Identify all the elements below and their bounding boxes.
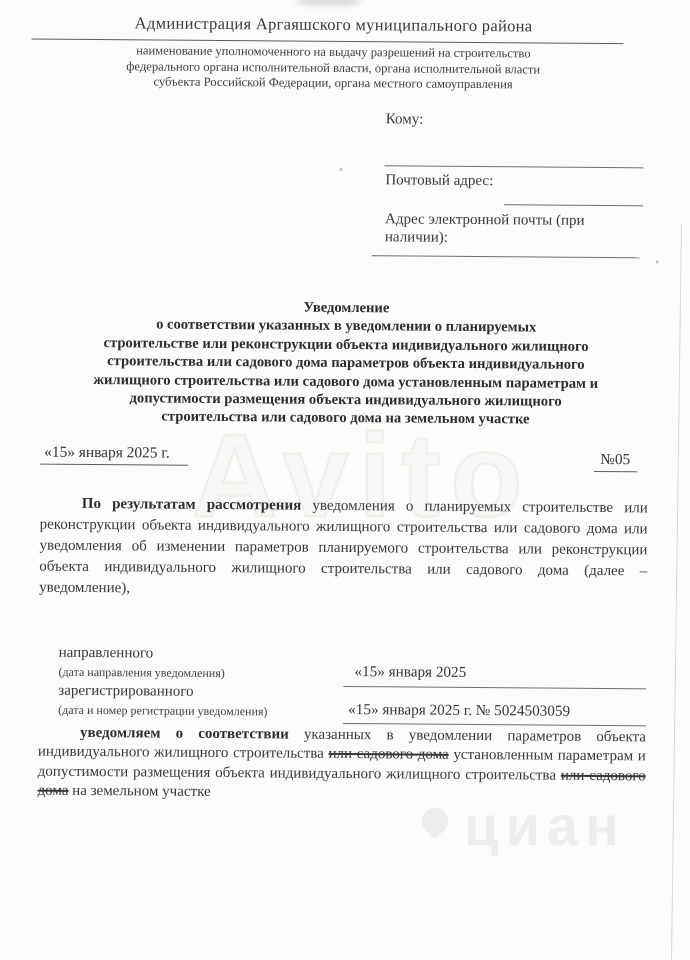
sent-fill-line xyxy=(343,686,646,689)
main-paragraph: По результатам рассмотрения уведомления … xyxy=(39,494,648,604)
closing-paragraph: уведомляем о соответствии указанных в ув… xyxy=(37,724,646,806)
closing-part-3: на земельном участке xyxy=(68,783,210,800)
email-fill-line xyxy=(372,255,640,258)
to-fill-line xyxy=(384,165,643,168)
document-title: Уведомление о соответствии указанных в у… xyxy=(45,297,646,431)
scan-speck xyxy=(656,260,659,263)
sent-date-value: «15» января 2025 xyxy=(354,663,466,682)
org-name-heading: Администрация Аргаяшского муниципального… xyxy=(4,12,664,37)
sent-caption: (дата направления уведомления) xyxy=(58,665,224,681)
sent-label: направленного xyxy=(59,645,154,663)
email-label: Адрес электронной почты (при наличии): xyxy=(385,210,625,248)
closing-lead: уведомляем о соответствии xyxy=(80,725,289,743)
registered-date-value: «15» января 2025 г. № 5024503059 xyxy=(348,701,570,721)
document-content: Администрация Аргаяшского муниципального… xyxy=(0,0,690,960)
recipient-block: Кому: Почтовый адрес: Адрес электронной … xyxy=(386,106,648,108)
registered-label: зарегистрированного xyxy=(58,683,193,701)
document-number: №05 xyxy=(594,451,638,472)
scanned-document-page: Avito циан Администрация Аргаяшского мун… xyxy=(0,0,690,960)
closing-strikethrough-1: или садового дома xyxy=(328,746,448,763)
scan-speck xyxy=(339,168,342,171)
org-caption: наименование уполномоченного на выдачу р… xyxy=(43,43,623,94)
main-paragraph-rest: уведомления о планируемых строительстве … xyxy=(39,498,648,597)
document-date: «15» января 2025 г. xyxy=(40,444,188,466)
postal-address-label: Почтовый адрес: xyxy=(385,172,493,190)
main-paragraph-lead: По результатам рассмотрения xyxy=(82,496,302,514)
postal-fill-line xyxy=(504,204,643,206)
to-label: Кому: xyxy=(386,111,424,128)
registered-caption: (дата и номер регистрации уведомления) xyxy=(58,703,267,720)
